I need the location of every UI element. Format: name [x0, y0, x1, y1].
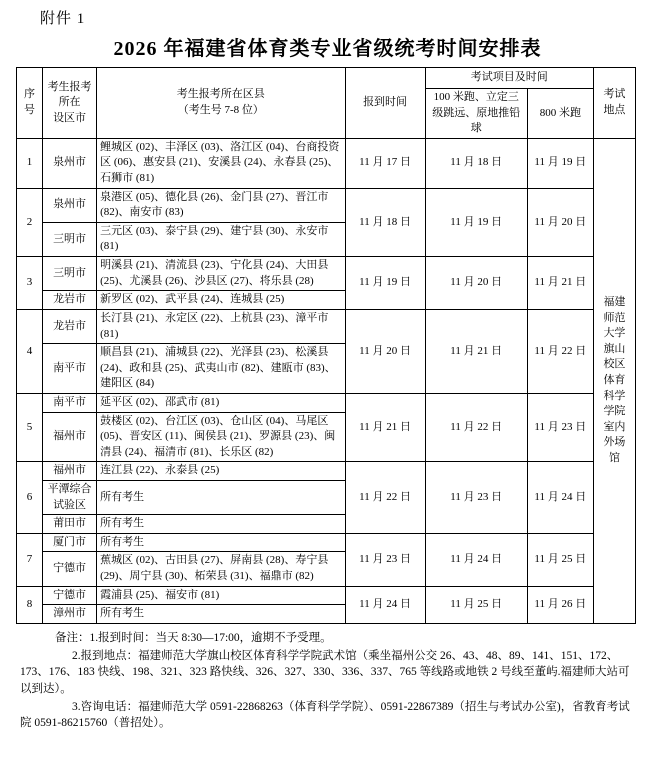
- county-cell: 连江县 (22)、永泰县 (25): [97, 462, 345, 481]
- sprint-date-cell: 11 月 21 日: [425, 309, 527, 393]
- sprint-date-cell: 11 月 25 日: [425, 586, 527, 623]
- checkin-date-cell: 11 月 24 日: [345, 586, 425, 623]
- sprint-date-cell: 11 月 22 日: [425, 393, 527, 461]
- run800-date-cell: 11 月 21 日: [527, 257, 593, 310]
- page-title: 2026 年福建省体育类专业省级统考时间安排表: [0, 32, 655, 61]
- col-header-checkin: 报到时间: [345, 68, 425, 139]
- col-header-exam-group: 考试项目及时间: [425, 68, 593, 89]
- city-cell: 莆田市: [43, 515, 97, 534]
- table-row: 5 南平市 延平区 (02)、邵武市 (81) 11 月 21 日 11 月 2…: [17, 393, 636, 412]
- county-cell: 所有考生: [97, 515, 345, 534]
- header-row-1: 序 号 考生报考 所在 设区市 考生报考所在区县 （考生号 7-8 位） 报到时…: [17, 68, 636, 89]
- run800-date-cell: 11 月 26 日: [527, 586, 593, 623]
- county-cell: 所有考生: [97, 533, 345, 552]
- city-cell: 厦门市: [43, 533, 97, 552]
- schedule-table: 序 号 考生报考 所在 设区市 考生报考所在区县 （考生号 7-8 位） 报到时…: [16, 67, 636, 624]
- city-cell: 平潭综合试验区: [43, 481, 97, 515]
- run800-date-cell: 11 月 25 日: [527, 533, 593, 586]
- run800-date-cell: 11 月 23 日: [527, 393, 593, 461]
- col-header-county: 考生报考所在区县 （考生号 7-8 位）: [97, 68, 345, 139]
- run800-date-cell: 11 月 22 日: [527, 309, 593, 393]
- county-cell: 明溪县 (21)、清流县 (23)、宁化县 (24)、大田县 (25)、尤溪县 …: [97, 257, 345, 291]
- county-cell: 蕉城区 (02)、古田县 (27)、屏南县 (28)、寿宁县 (29)、周宁县 …: [97, 552, 345, 586]
- county-cell: 泉港区 (05)、德化县 (26)、金门县 (27)、晋江市 (82)、南安市 …: [97, 188, 345, 222]
- sprint-date-cell: 11 月 18 日: [425, 138, 527, 188]
- county-cell: 新罗区 (02)、武平县 (24)、连城县 (25): [97, 291, 345, 310]
- table-row: 6 福州市 连江县 (22)、永泰县 (25) 11 月 22 日 11 月 2…: [17, 462, 636, 481]
- run800-date-cell: 11 月 24 日: [527, 462, 593, 533]
- county-cell: 长汀县 (21)、永定区 (22)、上杭县 (23)、漳平市 (81): [97, 309, 345, 343]
- county-cell: 所有考生: [97, 481, 345, 515]
- seq-cell: 3: [17, 257, 43, 310]
- exam-location-cell: 福建 师范 大学 旗山 校区 体育 科学 学院 室内 外场 馆: [593, 138, 635, 623]
- col-header-exam2: 800 米跑: [527, 89, 593, 139]
- city-cell: 漳州市: [43, 605, 97, 624]
- county-cell: 所有考生: [97, 605, 345, 624]
- city-cell: 南平市: [43, 344, 97, 394]
- note-3: 3.咨询电话：福建师范大学 0591-22868263（体育科学学院）、0591…: [20, 699, 639, 732]
- seq-cell: 6: [17, 462, 43, 533]
- notes-section: 备注：1.报到时间：当天 8:30—17:00，逾期不予受理。 2.报到地点：福…: [20, 630, 639, 732]
- checkin-date-cell: 11 月 17 日: [345, 138, 425, 188]
- run800-date-cell: 11 月 20 日: [527, 188, 593, 256]
- city-cell: 龙岩市: [43, 309, 97, 343]
- run800-date-cell: 11 月 19 日: [527, 138, 593, 188]
- col-header-exam1: 100 米跑、立定三级跳远、原地推铅球: [425, 89, 527, 139]
- city-cell: 福州市: [43, 462, 97, 481]
- seq-cell: 1: [17, 138, 43, 188]
- attachment-label: 附件 1: [40, 7, 655, 28]
- table-row: 2 泉州市 泉港区 (05)、德化县 (26)、金门县 (27)、晋江市 (82…: [17, 188, 636, 222]
- sprint-date-cell: 11 月 20 日: [425, 257, 527, 310]
- county-cell: 三元区 (03)、泰宁县 (29)、建宁县 (30)、永安市 (81): [97, 222, 345, 256]
- county-cell: 鼓楼区 (02)、台江区 (03)、仓山区 (04)、马尾区 (05)、晋安区 …: [97, 412, 345, 462]
- table-row: 1 泉州市 鲤城区 (02)、丰泽区 (03)、洛江区 (04)、台商投资区 (…: [17, 138, 636, 188]
- table-row: 7 厦门市 所有考生 11 月 23 日 11 月 24 日 11 月 25 日: [17, 533, 636, 552]
- county-cell: 霞浦县 (25)、福安市 (81): [97, 586, 345, 605]
- seq-cell: 2: [17, 188, 43, 256]
- city-cell: 泉州市: [43, 188, 97, 222]
- city-cell: 三明市: [43, 222, 97, 256]
- sprint-date-cell: 11 月 19 日: [425, 188, 527, 256]
- checkin-date-cell: 11 月 19 日: [345, 257, 425, 310]
- county-cell: 鲤城区 (02)、丰泽区 (03)、洛江区 (04)、台商投资区 (06)、惠安…: [97, 138, 345, 188]
- city-cell: 三明市: [43, 257, 97, 291]
- city-cell: 龙岩市: [43, 291, 97, 310]
- checkin-date-cell: 11 月 22 日: [345, 462, 425, 533]
- checkin-date-cell: 11 月 21 日: [345, 393, 425, 461]
- city-cell: 南平市: [43, 393, 97, 412]
- seq-cell: 7: [17, 533, 43, 586]
- table-row: 3 三明市 明溪县 (21)、清流县 (23)、宁化县 (24)、大田县 (25…: [17, 257, 636, 291]
- checkin-date-cell: 11 月 18 日: [345, 188, 425, 256]
- checkin-date-cell: 11 月 23 日: [345, 533, 425, 586]
- col-header-location: 考试 地点: [593, 68, 635, 139]
- city-cell: 泉州市: [43, 138, 97, 188]
- seq-cell: 8: [17, 586, 43, 623]
- county-cell: 延平区 (02)、邵武市 (81): [97, 393, 345, 412]
- city-cell: 福州市: [43, 412, 97, 462]
- county-cell: 顺昌县 (21)、浦城县 (22)、光泽县 (23)、松溪县 (24)、政和县 …: [97, 344, 345, 394]
- sprint-date-cell: 11 月 23 日: [425, 462, 527, 533]
- sprint-date-cell: 11 月 24 日: [425, 533, 527, 586]
- city-cell: 宁德市: [43, 586, 97, 605]
- note-1: 备注：1.报到时间：当天 8:30—17:00，逾期不予受理。: [20, 630, 639, 647]
- seq-cell: 4: [17, 309, 43, 393]
- checkin-date-cell: 11 月 20 日: [345, 309, 425, 393]
- table-row: 8 宁德市 霞浦县 (25)、福安市 (81) 11 月 24 日 11 月 2…: [17, 586, 636, 605]
- col-header-seq: 序 号: [17, 68, 43, 139]
- note-2: 2.报到地点：福建师范大学旗山校区体育科学学院武术馆（乘坐福州公交 26、43、…: [20, 648, 639, 698]
- col-header-city: 考生报考 所在 设区市: [43, 68, 97, 139]
- city-cell: 宁德市: [43, 552, 97, 586]
- seq-cell: 5: [17, 393, 43, 461]
- table-row: 4 龙岩市 长汀县 (21)、永定区 (22)、上杭县 (23)、漳平市 (81…: [17, 309, 636, 343]
